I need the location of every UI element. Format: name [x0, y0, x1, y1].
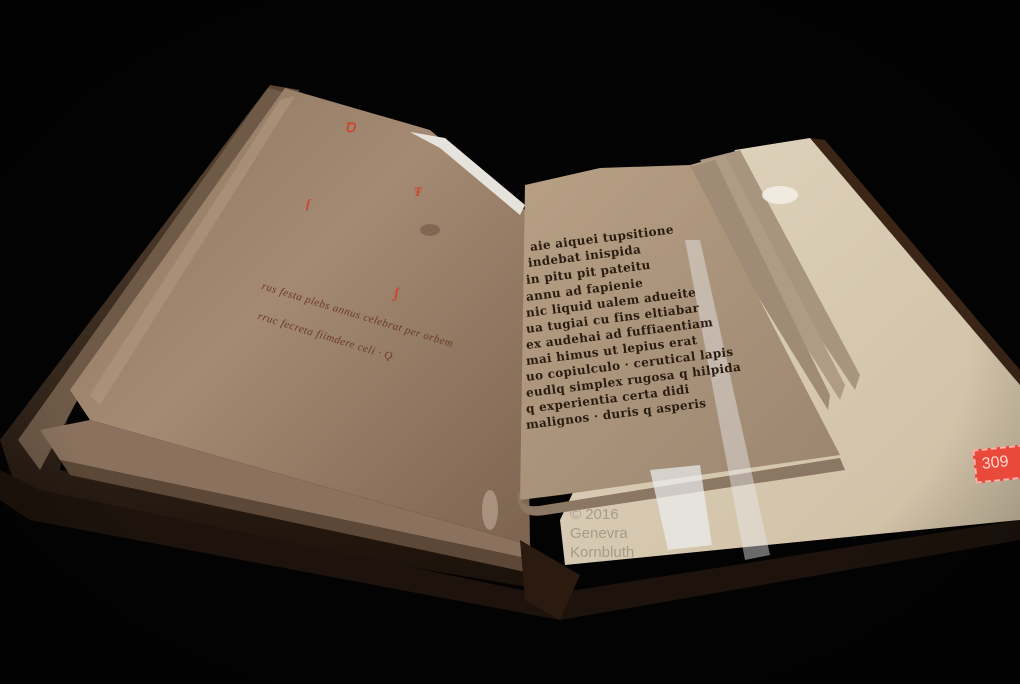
rubric-initial: Ŧ	[414, 184, 422, 200]
manuscript-illustration	[0, 0, 1020, 684]
manuscript-photo: rus festa plebs annus celebrat per orbem…	[0, 0, 1020, 684]
shelf-label: 309	[972, 444, 1020, 483]
rubric-initial: Ꝺ	[345, 118, 356, 136]
rubric-initial: ſ	[306, 196, 311, 212]
rubric-initial: ʃ	[394, 286, 399, 303]
watermark-line: Genevra	[570, 524, 634, 543]
watermark-line: Kornbluth	[570, 543, 634, 562]
copyright-watermark: © 2016 Genevra Kornbluth	[570, 505, 634, 562]
watermark-line: © 2016	[570, 505, 634, 524]
